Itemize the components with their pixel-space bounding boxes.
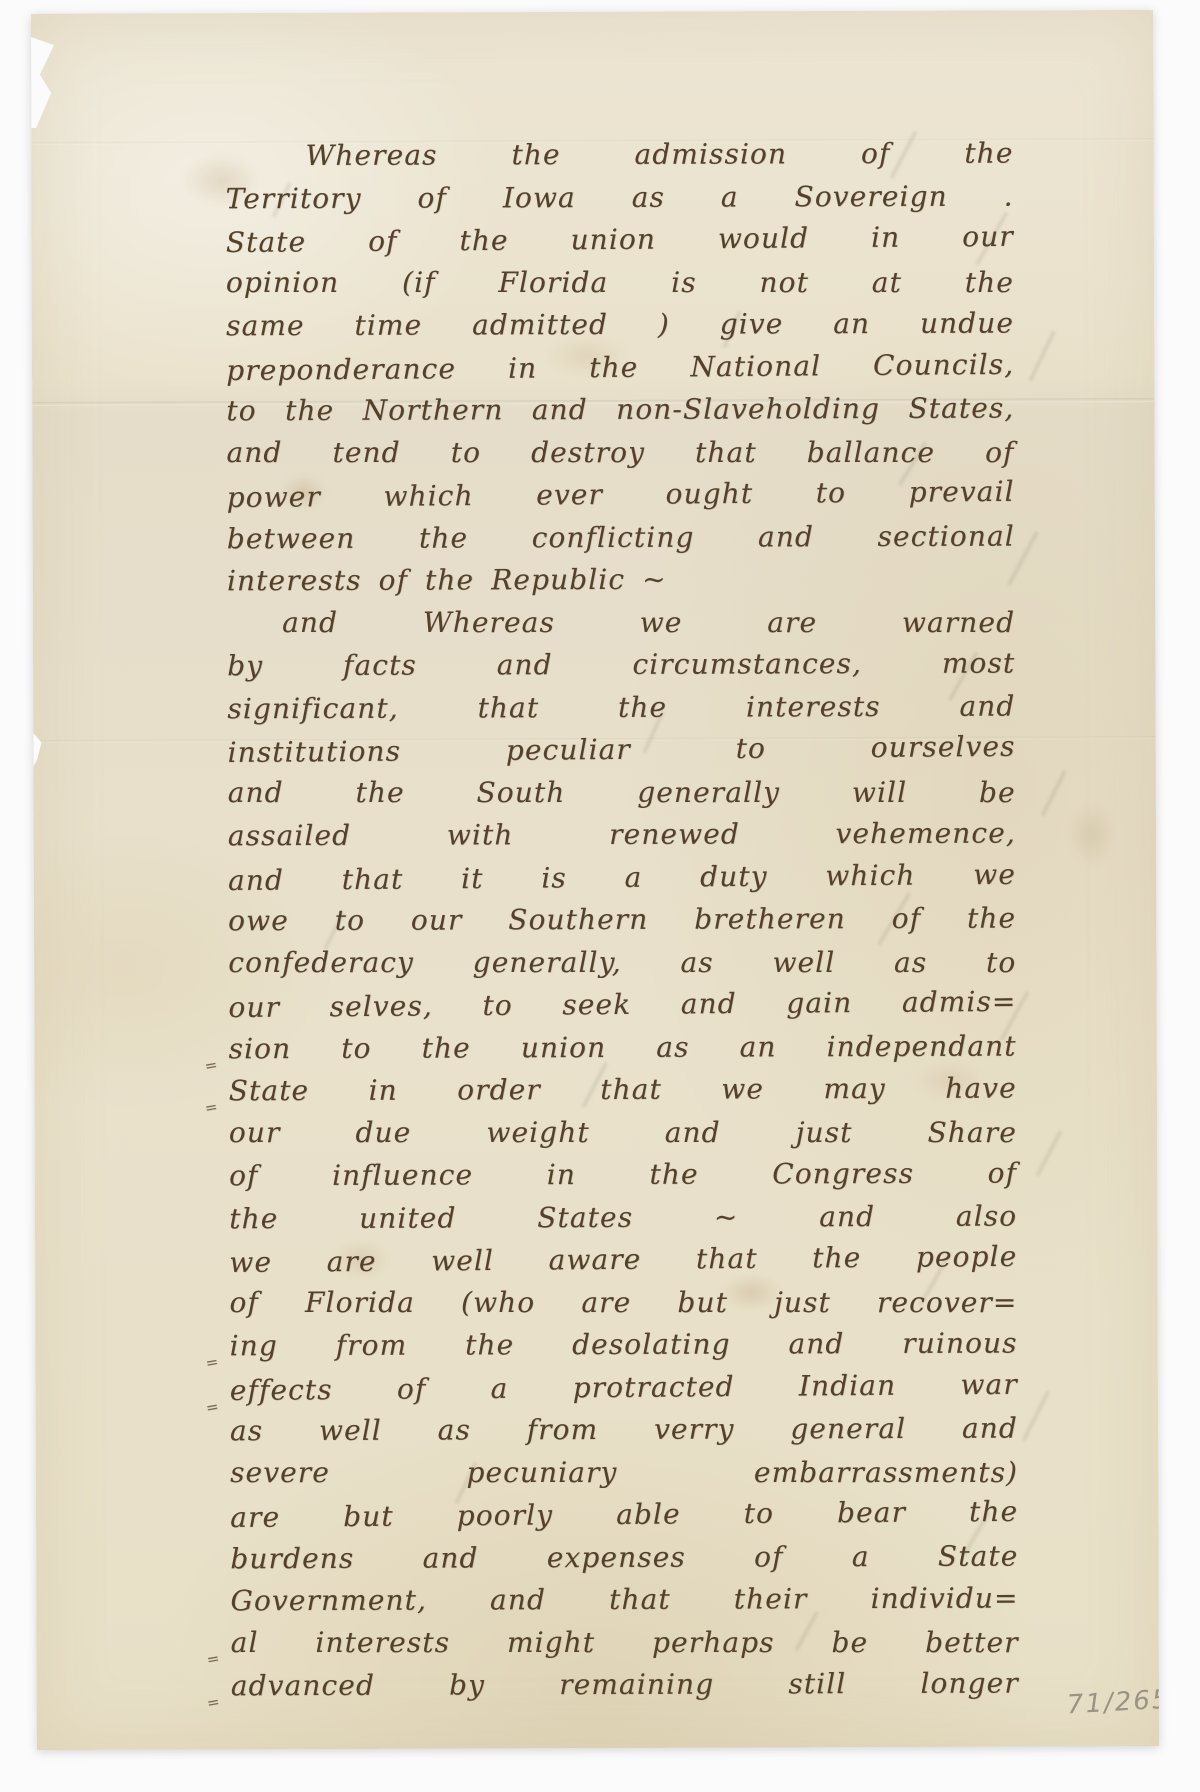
manuscript-line: and that it is a duty which we (228, 853, 1016, 902)
manuscript-line: assailed with renewed vehemence, (228, 813, 1016, 858)
manuscript-line: as well as from verry general and (230, 1408, 1018, 1453)
manuscript-line: of Florida (who are but just recover= (229, 1281, 1017, 1324)
manuscript-page: Whereas the admission of theTerritory of… (31, 10, 1159, 1750)
manuscript-line: Government, and that their individu= (230, 1578, 1018, 1623)
archival-number: 71/265 A (1066, 1682, 1159, 1721)
manuscript-line: same time admitted ) give an undue (226, 303, 1014, 348)
manuscript-line: our selves, to seek and gain admis= (228, 981, 1016, 1030)
verso-show-through (31, 10, 1153, 14)
manuscript-line: severe pecuniary embarrassments) (230, 1451, 1018, 1494)
stain (1068, 802, 1116, 866)
manuscript-line: ing from the desolating and ruinous (230, 1323, 1018, 1368)
manuscript-line: owe to our Southern bretheren of the (228, 898, 1016, 943)
manuscript-line: preponderance in the National Councils, (226, 343, 1014, 392)
manuscript-line: of influence in the Congress of (229, 1153, 1017, 1198)
manuscript-line: by facts and circumstances, most (227, 643, 1015, 688)
scanner-background: Whereas the admission of theTerritory of… (0, 0, 1200, 1792)
manuscript-line: to the Northern and non-Slaveholding Sta… (226, 388, 1014, 433)
manuscript-line: Territory of Iowa as a Sovereign . (226, 175, 1014, 220)
torn-edge-nick (31, 730, 42, 772)
manuscript-line: and tend to destroy that ballance of (227, 431, 1015, 474)
torn-edge-notch (31, 36, 54, 128)
manuscript-line: burdens and expenses of a State (230, 1535, 1018, 1580)
manuscript-line: advanced by remaining still longer (231, 1663, 1019, 1708)
manuscript-line: sion to the union as an independant (229, 1025, 1017, 1070)
manuscript-line: institutions peculiar to ourselves (227, 726, 1015, 775)
manuscript-text: Whereas the admission of theTerritory of… (225, 133, 1018, 1708)
manuscript-line: al interests might perhaps be better (231, 1621, 1019, 1664)
manuscript-line: are but poorly able to bear the (230, 1491, 1018, 1540)
manuscript-line: between the conflicting and sectional (227, 515, 1015, 560)
manuscript-line: Whereas the admission of the (225, 133, 1013, 178)
manuscript-line: interests of the Republic ~ (227, 558, 1015, 603)
manuscript-line: our due weight and just Share (229, 1111, 1017, 1154)
manuscript-line: and the South generally will be (228, 771, 1016, 814)
manuscript-line: State of the union would in our (226, 216, 1014, 265)
manuscript-line: effects of a protracted Indian war (230, 1363, 1018, 1412)
manuscript-line: power which ever ought to prevail (227, 471, 1015, 520)
manuscript-line: State in order that we may have (229, 1068, 1017, 1113)
manuscript-line: confederacy generally, as well as to (228, 941, 1016, 984)
manuscript-line: and Whereas we are warned (227, 601, 1015, 643)
manuscript-line: significant, that the interests and (227, 685, 1015, 730)
manuscript-line: the united States ~ and also (229, 1195, 1017, 1240)
manuscript-line: opinion (if Florida is not at the (226, 261, 1014, 304)
manuscript-line: we are well aware that the people (229, 1236, 1017, 1285)
